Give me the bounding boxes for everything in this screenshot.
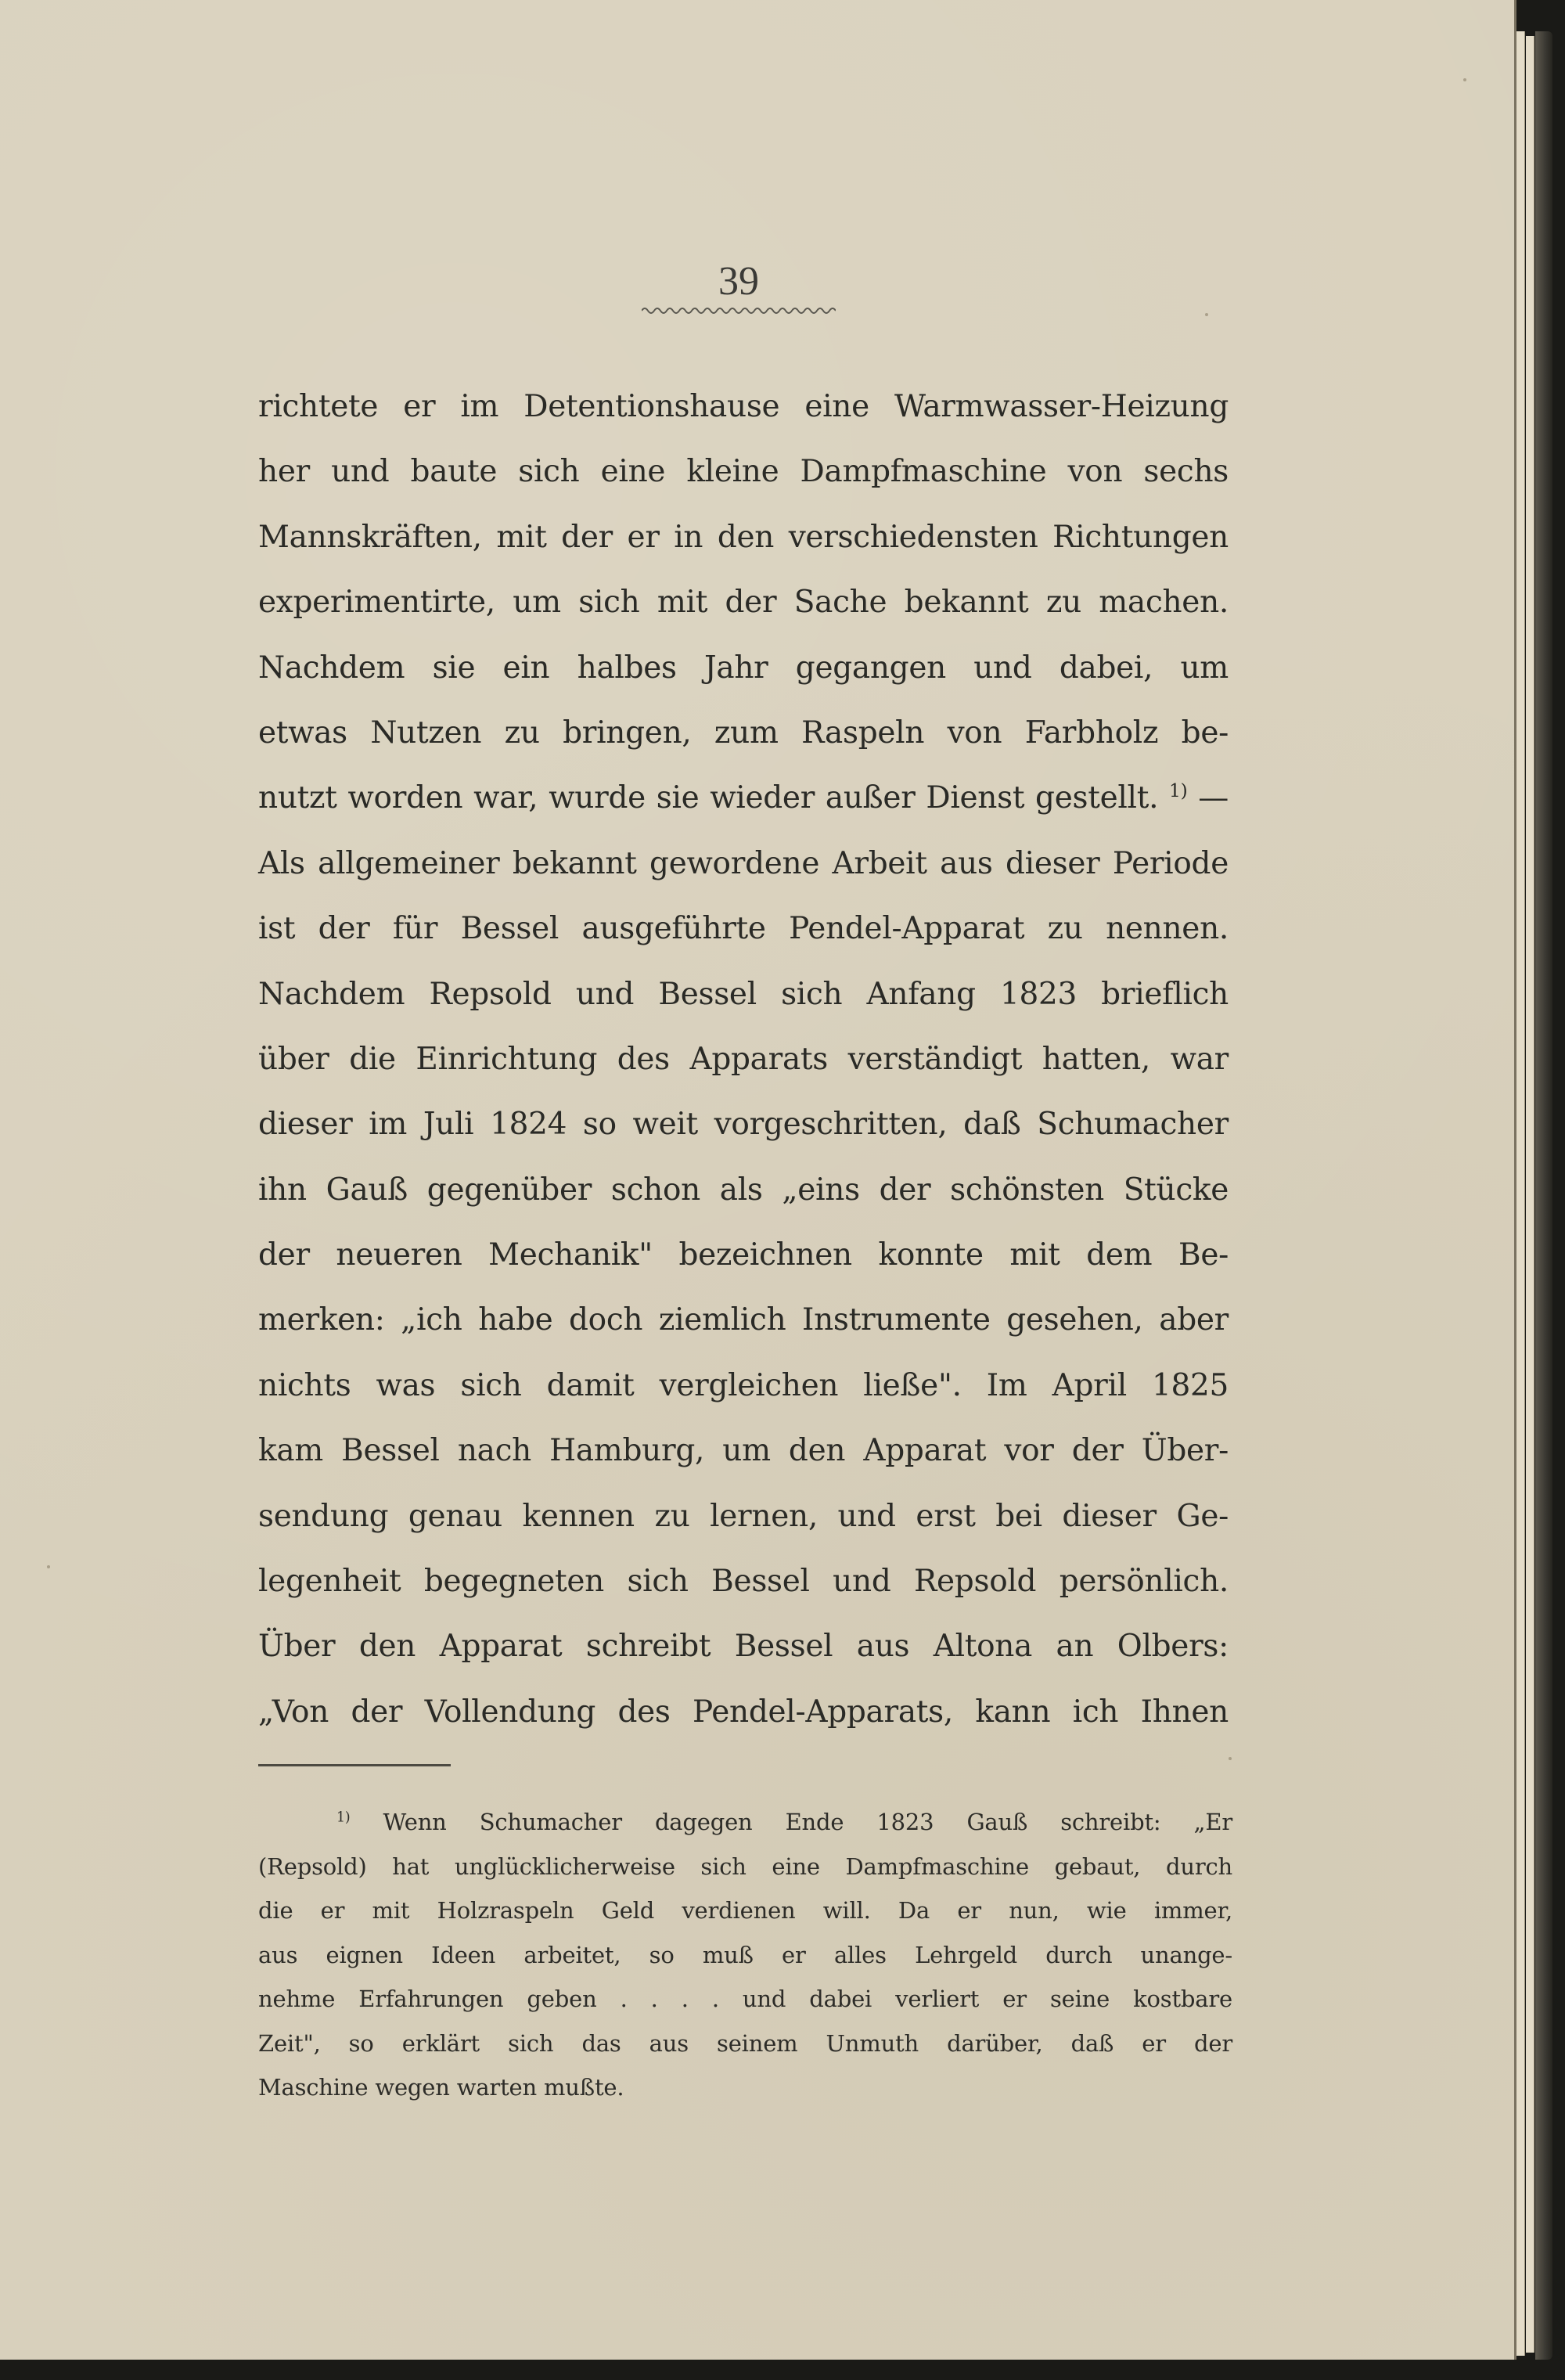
paper-speck (1229, 1757, 1232, 1760)
text-line: Nachdem sie ein halbes Jahr gegangen und… (258, 636, 1229, 700)
book-page: 39 richtete er im Detentionshause eine W… (0, 0, 1516, 2360)
text-line: über die Einrichtung des Apparats verstä… (258, 1027, 1229, 1092)
text-line: legenheit begegneten sich Bessel und Rep… (258, 1549, 1229, 1614)
text-fragment: nutzt worden war, wurde sie wieder außer… (258, 780, 1158, 816)
body-text: richtete er im Detentionshause eine Warm… (258, 374, 1229, 1744)
text-line: sendung genau kennen zu lernen, und erst… (258, 1484, 1229, 1549)
text-line: merken: „ich habe doch ziemlich Instrume… (258, 1287, 1229, 1352)
wavy-rule-ornament (642, 305, 836, 316)
text-line: Über den Apparat schreibt Bessel aus Alt… (258, 1614, 1229, 1679)
page-number: 39 (718, 258, 759, 304)
footnote-separator (258, 1764, 451, 1766)
footnote-line: nehme Erfahrungen geben . . . . und dabe… (258, 1977, 1232, 2022)
footnote-line: (Repsold) hat unglücklicherweise sich ei… (258, 1845, 1232, 1889)
book-binding-edge (1535, 31, 1552, 2360)
text-line: ihn Gauß gegenüber schon als „eins der s… (258, 1158, 1229, 1222)
text-line: etwas Nutzen zu bringen, zum Raspeln von… (258, 700, 1229, 765)
footnote-ref-link[interactable]: 1) (1169, 780, 1187, 801)
footnote-line: die er mit Holzraspeln Geld verdienen wi… (258, 1889, 1232, 1933)
text-line: nichts was sich damit vergleichen ließe"… (258, 1353, 1229, 1418)
footnote-marker: 1) (336, 1809, 350, 1825)
text-line: kam Bessel nach Hamburg, um den Apparat … (258, 1418, 1229, 1483)
footnote-block: 1) Wenn Schumacher dagegen Ende 1823 Gau… (258, 1800, 1232, 2110)
text-line: „Von der Vollendung des Pendel-Apparats,… (258, 1680, 1229, 1744)
footnote-line: 1) Wenn Schumacher dagegen Ende 1823 Gau… (258, 1800, 1232, 1845)
paper-speck (47, 1565, 50, 1568)
page-edge (1516, 31, 1525, 2356)
text-line: her und baute sich eine kleine Dampfmasc… (258, 439, 1229, 504)
paper-speck (1463, 78, 1466, 81)
text-line: dieser im Juli 1824 so weit vorgeschritt… (258, 1092, 1229, 1157)
text-line: Als allgemeiner bekannt gewordene Arbeit… (258, 831, 1229, 896)
text-line: Nachdem Repsold und Bessel sich Anfang 1… (258, 962, 1229, 1027)
dash: — (1187, 780, 1229, 816)
text-line: richtete er im Detentionshause eine Warm… (258, 374, 1229, 439)
footnote-line: Maschine wegen warten mußte. (258, 2065, 1232, 2110)
text-line-with-footnote-ref: nutzt worden war, wurde sie wieder außer… (258, 765, 1229, 830)
footnote-text: Wenn Schumacher dagegen Ende 1823 Gauß s… (383, 1809, 1232, 1835)
paper-speck (1205, 313, 1208, 316)
text-line: ist der für Bessel ausgeführte Pendel-Ap… (258, 896, 1229, 961)
page-edge (1526, 36, 1534, 2353)
footnote-line: Zeit", so erklärt sich das aus seinem Un… (258, 2022, 1232, 2066)
text-line: Mannskräften, mit der er in den verschie… (258, 505, 1229, 570)
text-line: der neueren Mechanik" bezeichnen konnte … (258, 1222, 1229, 1287)
footnote-line: aus eignen Ideen arbeitet, so muß er all… (258, 1933, 1232, 1978)
text-line: experimentirte, um sich mit der Sache be… (258, 570, 1229, 635)
